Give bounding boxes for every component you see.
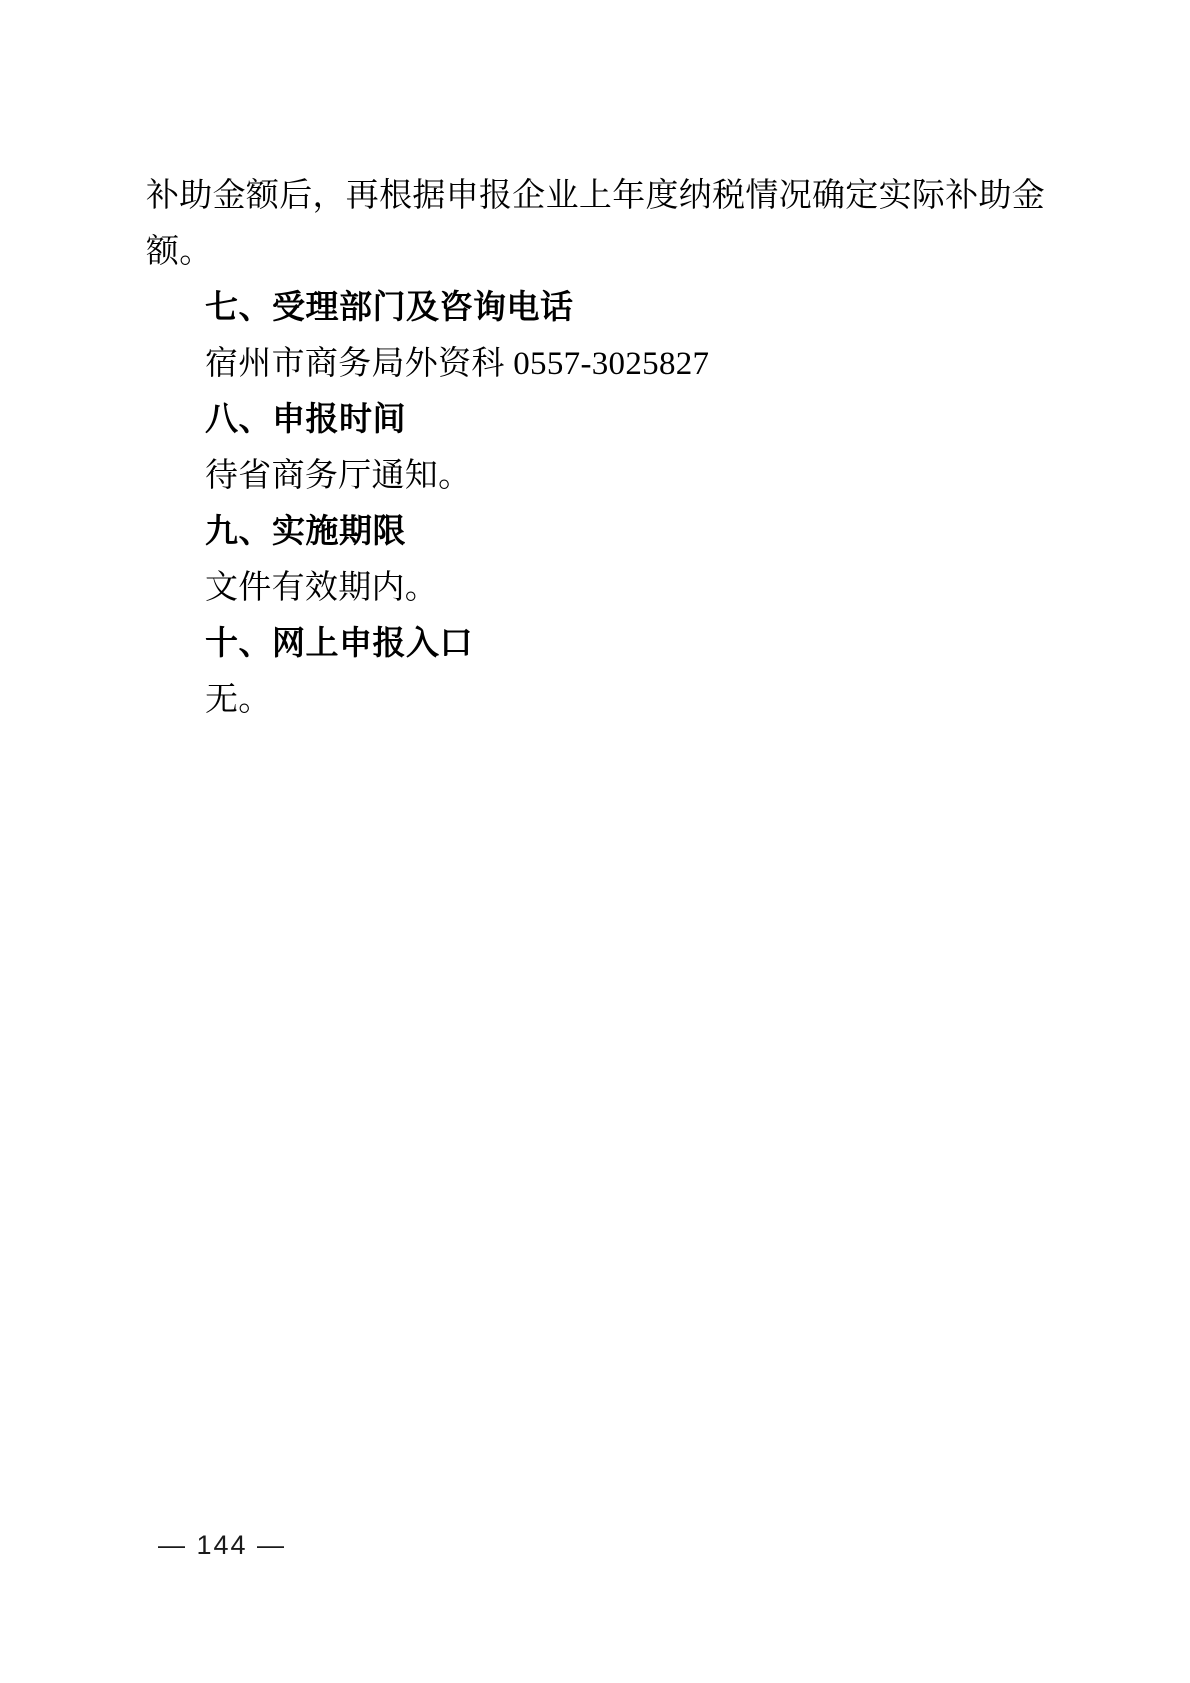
section-7-body-contact-line: 宿州市商务局外资科 0557-3025827 — [146, 336, 1036, 392]
section-10-body-line: 无。 — [146, 672, 1036, 728]
document-page: 补助金额后，再根据申报企业上年度纳税情况确定实际补助金 额。 七、受理部门及咨询… — [0, 0, 1190, 1683]
paragraph-continuation-line-2: 额。 — [146, 224, 1036, 280]
page-number: — 144 — — [158, 1528, 286, 1562]
section-7-heading: 七、受理部门及咨询电话 — [146, 280, 1036, 336]
section-9-heading: 九、实施期限 — [146, 504, 1036, 560]
section-9-body-line: 文件有效期内。 — [146, 560, 1036, 616]
document-body: 补助金额后，再根据申报企业上年度纳税情况确定实际补助金 额。 七、受理部门及咨询… — [146, 168, 1036, 728]
section-8-heading: 八、申报时间 — [146, 392, 1036, 448]
section-8-body-line: 待省商务厅通知。 — [146, 448, 1036, 504]
section-10-heading: 十、网上申报入口 — [146, 616, 1036, 672]
paragraph-continuation-line-1: 补助金额后，再根据申报企业上年度纳税情况确定实际补助金 — [146, 168, 1036, 224]
